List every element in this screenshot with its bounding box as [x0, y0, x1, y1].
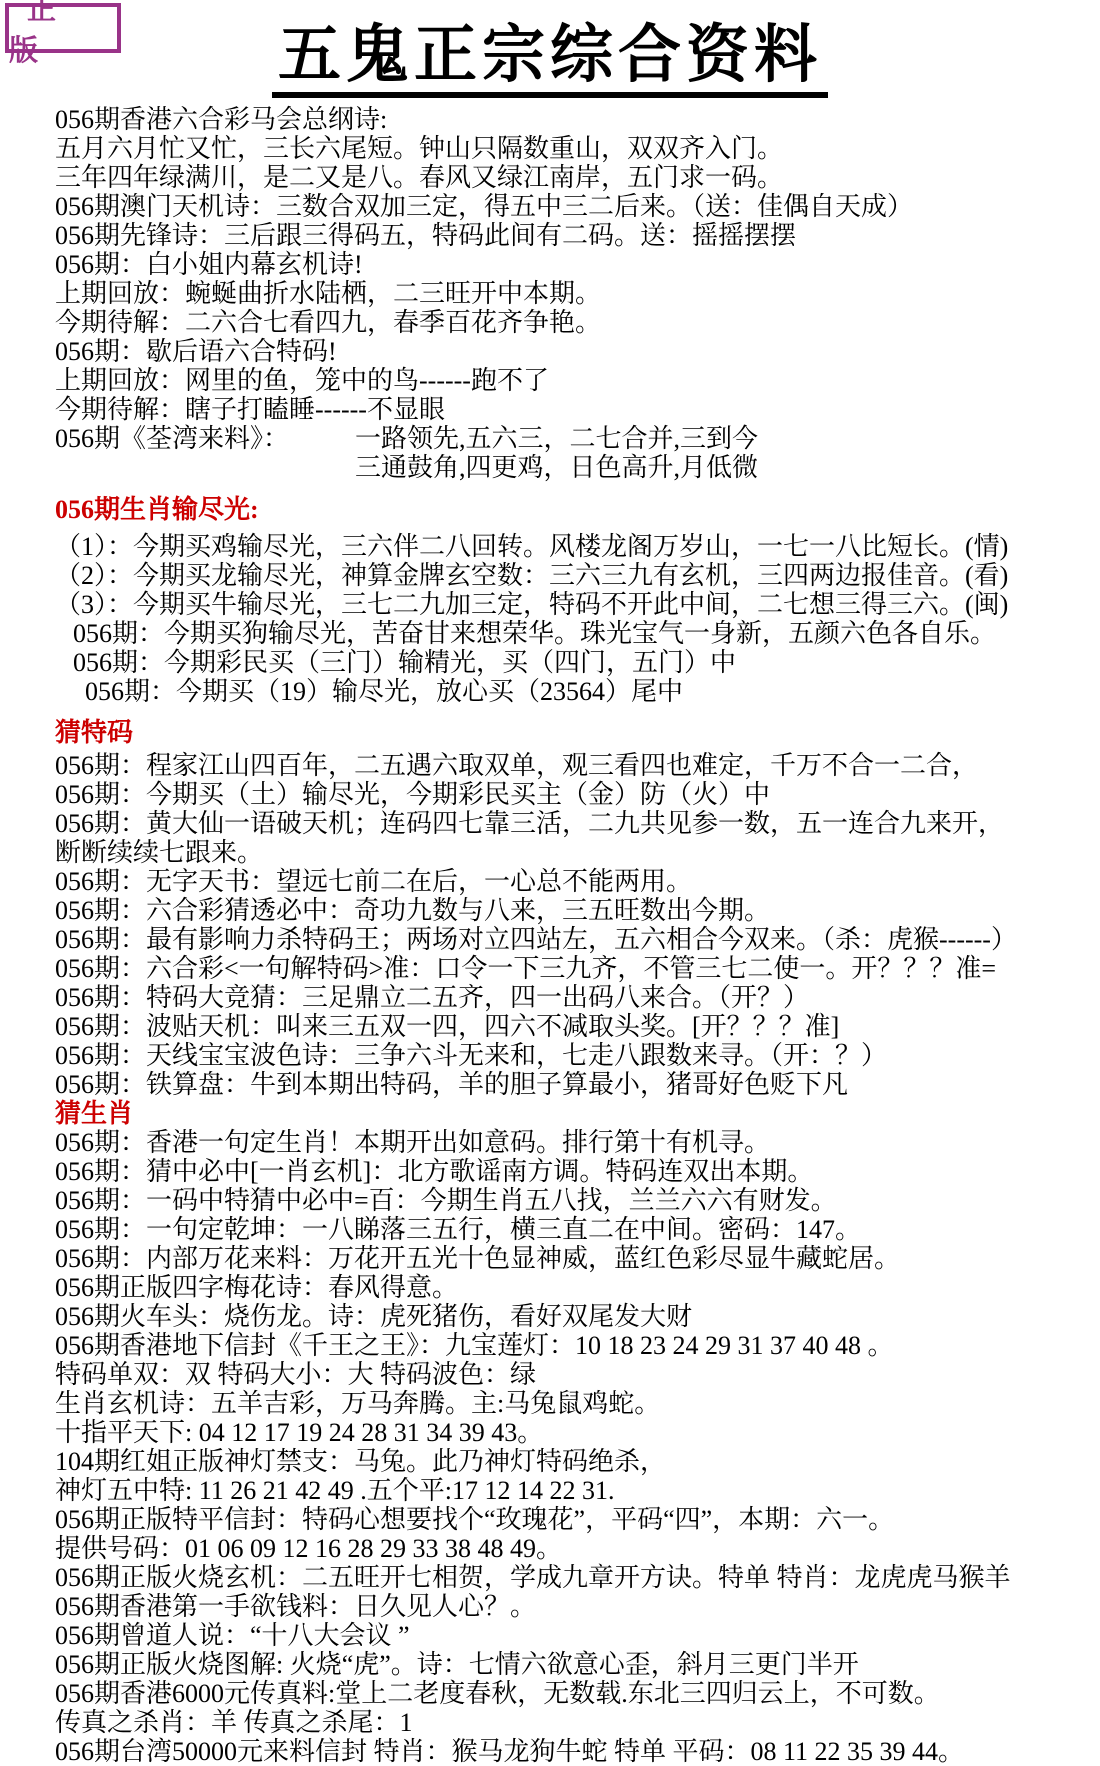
text-line: 056期：天线宝宝波色诗：三争六斗无来和，七走八跟数来寻。（开：？）: [55, 1041, 1096, 1070]
text-line: 今期待解：瞎子打瞌睡------不显眼: [55, 395, 1096, 424]
text-line: （1）：今期买鸡输尽光，三六伴二八回转。风楼龙阁万岁山，一七一八比短长。(情): [55, 532, 1096, 561]
text-line: 断断续续七跟来。: [55, 838, 1096, 867]
text-line: 056期香港第一手欲钱料：日久见人心？。: [55, 1592, 1096, 1621]
text-line: 056期：铁算盘：牛到本期出特码，羊的胆子算最小，猪哥好色贬下凡: [55, 1070, 1096, 1099]
text-line: 056期：内部万花来料：万花开五光十色显神威，蓝红色彩尽显牛藏蛇居。: [55, 1244, 1096, 1273]
text-line: 今期待解：二六合七看四九，春季百花齐争艳。: [55, 308, 1096, 337]
document-body: 056期香港六合彩马会总纲诗: 五月六月忙又忙，三长六尾短。钟山只隔数重山，双双…: [0, 98, 1100, 1766]
text-line: 056期：六合彩猜透必中：奇功九数与八来，三五旺数出今期。: [55, 896, 1096, 925]
text-line: 生肖玄机诗：五羊吉彩，万马奔腾。主:马兔鼠鸡蛇。: [55, 1389, 1096, 1418]
text-line: 056期：六合彩<一句解特码>准：口令一下三九齐，不管三七二使一。开？？？准=: [55, 954, 1096, 983]
text-line: 上期回放：蜿蜒曲折水陆栖，二三旺开中本期。: [55, 279, 1096, 308]
text-line: 十指平天下: 04 12 17 19 24 28 31 34 39 43。: [55, 1418, 1096, 1447]
authenticity-badge-label: 正版: [9, 0, 117, 69]
section-heading-caishengxiao: 猜生肖: [55, 1099, 1096, 1128]
text-line: 056期：特码大竞猜：三足鼎立二五齐，四一出码八来合。（开？）: [55, 983, 1096, 1012]
text-line: 056期：香港一句定生肖！本期开出如意码。排行第十有机寻。: [55, 1128, 1096, 1157]
text-line: 056期香港六合彩马会总纲诗:: [55, 105, 1096, 134]
text-line: 056期：无字天书：望远七前二在后，一心总不能两用。: [55, 867, 1096, 896]
text-line: 056期：歇后语六合特码!: [55, 337, 1096, 366]
text-line: 056期：白小姐内幕玄机诗!: [55, 250, 1096, 279]
text-line: 056期正版特平信封：特码心想要找个“玫瑰花”，平码“四”，本期：六一。: [55, 1505, 1096, 1534]
text-line: 三年四年绿满川，是二又是八。春风又绿江南岸，五门求一码。: [55, 163, 1096, 192]
text-line: 056期正版火烧玄机：二五旺开七相贺，学成九章开方诀。特单 特肖：龙虎虎马猴羊: [55, 1563, 1096, 1592]
text-line: 056期：黄大仙一语破天机；连码四七靠三活，二九共见参一数，五一连合九来开，: [55, 809, 1096, 838]
text-line: （2）：今期买龙输尽光，神算金牌玄空数：三六三九有玄机，三四两边报佳音。(看): [55, 561, 1096, 590]
text-line: 056期先锋诗：三后跟三得码五，特码此间有二码。送：摇摇摆摆: [55, 221, 1096, 250]
page-title: 五鬼正宗综合资料: [272, 20, 828, 98]
section-heading-shengxiao-shujinguang: 056期生肖输尽光:: [55, 495, 1096, 524]
text-line: 056期火车头：烧伤龙。诗：虎死猪伤，看好双尾发大财: [55, 1302, 1096, 1331]
text-line: 056期：波贴天机：叫来三五双一四，四六不减取头奖。[开？？？准]: [55, 1012, 1096, 1041]
text-line: 上期回放：网里的鱼，笼中的鸟------跑不了: [55, 366, 1096, 395]
text-line: 056期澳门天机诗：三数合双加三定，得五中三二后来。（送：佳偶自天成）: [55, 192, 1096, 221]
tsuen-wan-block: 056期《荃湾来料》： 一路领先,五六三，二七合并,三到今 三通鼓角,四更鸡，日…: [55, 424, 1096, 482]
text-line: 056期：一句定乾坤：一八睇落三五行，横三直二在中间。密码：147。: [55, 1215, 1096, 1244]
text-line: 特码单双：双 特码大小：大 特码波色：绿: [55, 1360, 1096, 1389]
text-line: 056期香港6000元传真料:堂上二老度春秋，无数载.东北三四归云上，不可数。: [55, 1679, 1096, 1708]
text-line: 056期：猜中必中[一肖玄机]：北方歌谣南方调。特码连双出本期。: [55, 1157, 1096, 1186]
text-line: 056期：程家江山四百年，二五遇六取双单，观三看四也难定，千万不合一二合，: [55, 751, 1096, 780]
text-line: 104期红姐正版神灯禁支：马兔。此乃神灯特码绝杀，: [55, 1447, 1096, 1476]
section-heading-caitema: 猜特码: [55, 718, 1096, 747]
text-line: 056期：最有影响力杀特码王；两场对立四站左，五六相合今双来。（杀：虎猴----…: [55, 925, 1096, 954]
text-line: 056期：一码中特猜中必中=百：今期生肖五八找，兰兰六六有财发。: [55, 1186, 1096, 1215]
text-line: 传真之杀肖：羊 传真之杀尾：1: [55, 1708, 1096, 1737]
text-line: 提供号码：01 06 09 12 16 28 29 33 38 48 49。: [55, 1534, 1096, 1563]
text-line: 056期正版火烧图解: 火烧“虎”。诗：七情六欲意心歪，斜月三更门半开: [55, 1650, 1096, 1679]
authenticity-badge: 正版: [5, 3, 121, 53]
tsuen-wan-column: 一路领先,五六三，二七合并,三到今 三通鼓角,四更鸡，日色高升,月低微: [355, 424, 758, 482]
text-line: 056期正版四字梅花诗：春风得意。: [55, 1273, 1096, 1302]
text-line: 056期：今期彩民买（三门）输精光，买（四门，五门）中: [55, 648, 1096, 677]
text-line: （3）：今期买牛输尽光，三七二九加三定，特码不开此中间，二七想三得三六。(闽): [55, 590, 1096, 619]
text-line: 三通鼓角,四更鸡，日色高升,月低微: [355, 453, 758, 482]
text-line: 五月六月忙又忙，三长六尾短。钟山只隔数重山，双双齐入门。: [55, 134, 1096, 163]
text-line: 一路领先,五六三，二七合并,三到今: [355, 424, 758, 453]
text-line: 056期台湾50000元来料信封 特肖：猴马龙狗牛蛇 特单 平码：08 11 2…: [55, 1737, 1096, 1766]
text-line: 056期：今期买狗输尽光，苦奋甘来想荣华。珠光宝气一身新，五颜六色各自乐。: [55, 619, 1096, 648]
text-line: 056期：今期买（土）输尽光，今期彩民买主（金）防（火）中: [55, 780, 1096, 809]
text-line: 056期曾道人说：“十八大会议 ”: [55, 1621, 1096, 1650]
text-line: 056期香港地下信封《千王之王》：九宝莲灯：10 18 23 24 29 31 …: [55, 1331, 1096, 1360]
header: 五鬼正宗综合资料: [0, 0, 1100, 98]
tsuen-wan-label: 056期《荃湾来料》：: [55, 424, 355, 482]
text-line: 056期：今期买（19）输尽光，放心买（23564）尾中: [55, 677, 1096, 706]
text-line: 神灯五中特: 11 26 21 42 49 .五个平:17 12 14 22 3…: [55, 1476, 1096, 1505]
